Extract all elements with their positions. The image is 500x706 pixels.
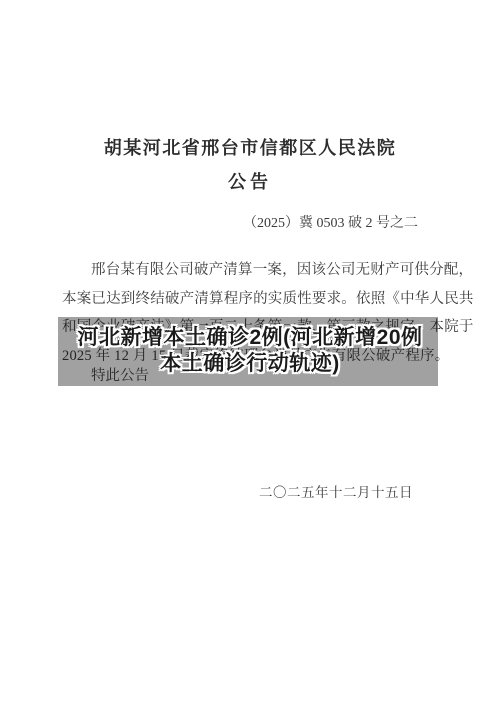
court-title: 胡某河北省邢台市信都区人民法院 (0, 134, 500, 160)
announcement-document: 胡某河北省邢台市信都区人民法院 公告 （2025）冀 0503 破 2 号之二 … (0, 0, 500, 706)
issue-date: 二〇二五年十二月十五日 (259, 481, 413, 501)
case-number: （2025）冀 0503 破 2 号之二 (243, 212, 418, 232)
overlay-headline: 河北新增本土确诊2例(河北新增20例 本土确诊行动轨迹) (0, 325, 500, 376)
body-line-2: 本案已达到终结破产清算程序的实质性要求。依照《中华人民共 (62, 285, 452, 314)
announcement-heading: 公告 (0, 168, 500, 194)
body-line-1: 邢台某有限公司破产清算一案，因该公司无财产可供分配， (62, 256, 452, 285)
overlay-headline-line2: 本土确诊行动轨迹) (0, 351, 500, 377)
overlay-headline-line1: 河北新增本土确诊2例(河北新增20例 (0, 325, 500, 351)
